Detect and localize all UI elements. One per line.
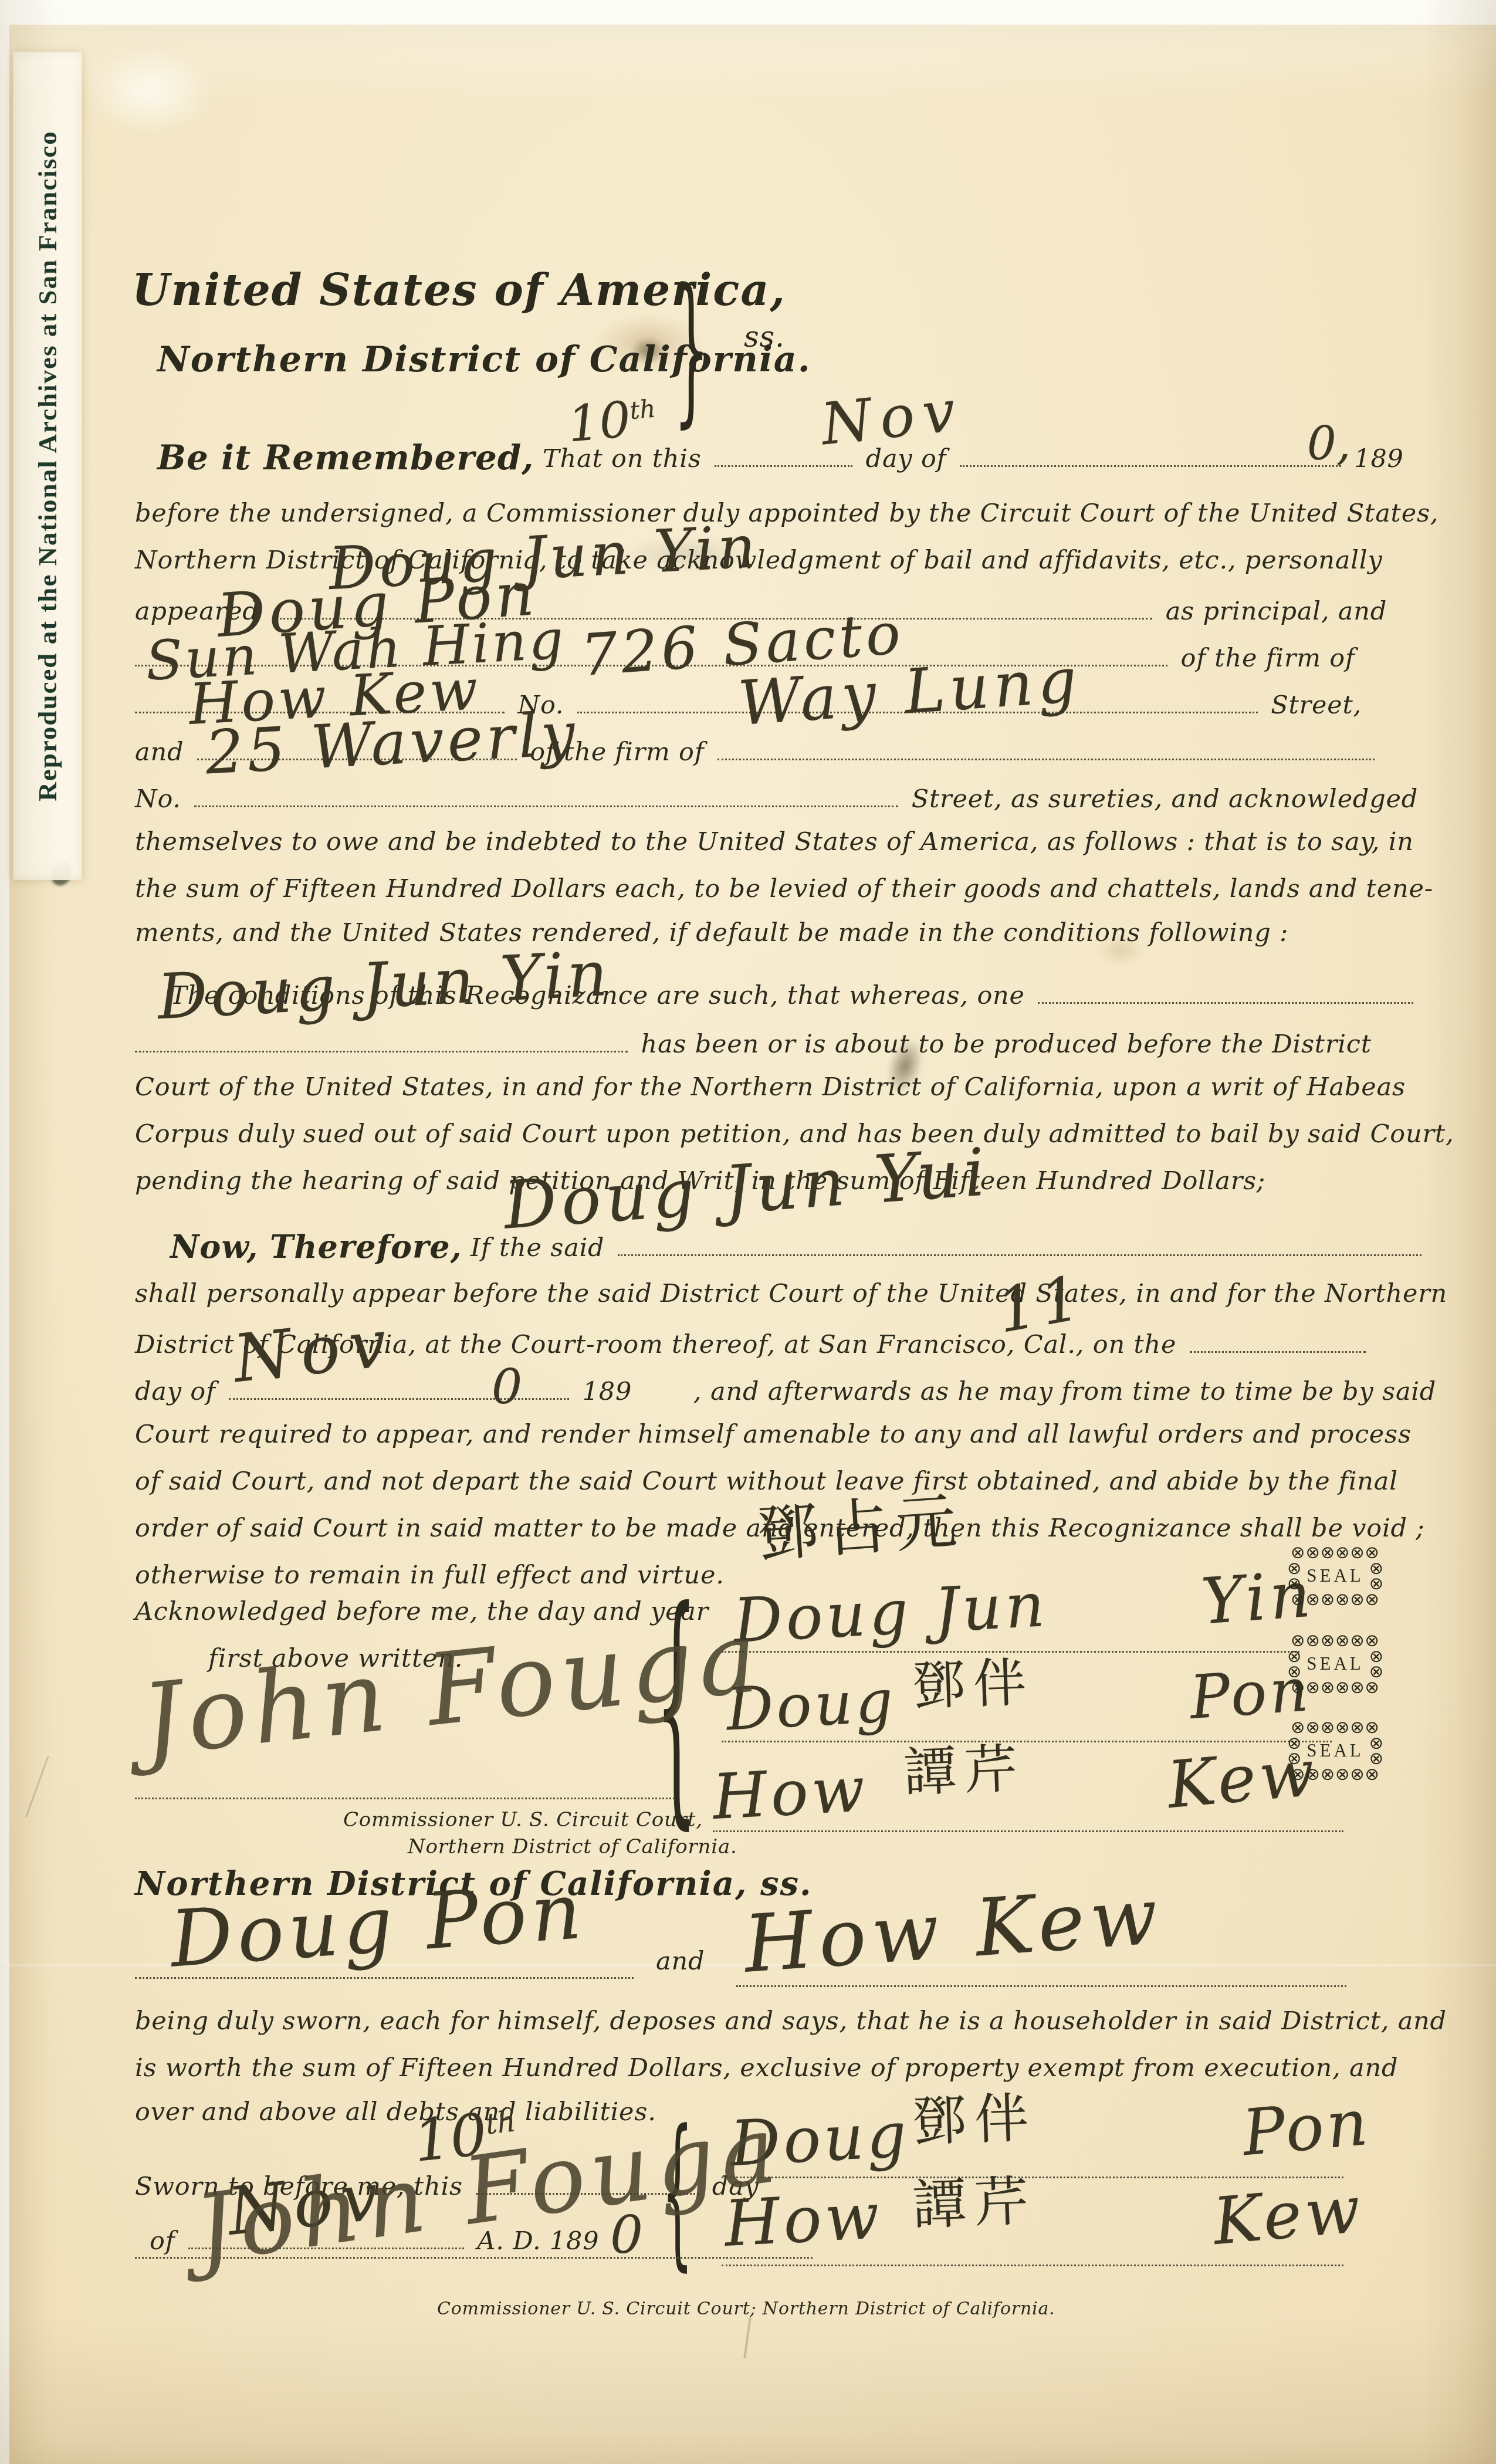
archive-label-tape: Reproduced at the National Archives at S… bbox=[13, 52, 82, 880]
fill-blank bbox=[194, 780, 898, 807]
form-line: themselves to owe and be indebted to the… bbox=[135, 827, 1414, 857]
fill-blank bbox=[645, 1375, 681, 1400]
fill-blank bbox=[960, 440, 1341, 467]
form-line: Corpus duly sued out of said Court upon … bbox=[135, 1119, 1454, 1149]
printed-text: has been or is about to be produced befo… bbox=[641, 1030, 1371, 1059]
fill-blank bbox=[618, 1229, 1421, 1256]
jurat-line2 bbox=[736, 1984, 1346, 1987]
form-line: has been or is about to be produced befo… bbox=[135, 1025, 1372, 1059]
ss-abbrev: ss. bbox=[744, 320, 785, 354]
form-line: Be it Remembered, That on this day of 18… bbox=[157, 435, 1404, 475]
seal-stamp-3: ⊗⊗⊗⊗⊗⊗ ⊗ ⊗ SEAL ⊗ ⊗ ⊗⊗⊗⊗⊗⊗ bbox=[1286, 1719, 1385, 1782]
printed-text: 189 bbox=[583, 1377, 632, 1406]
form-line: is worth the sum of Fifteen Hundred Doll… bbox=[135, 2053, 1398, 2083]
handwritten-court-day: 11 bbox=[992, 1261, 1090, 1347]
seal-stamp-1: ⊗⊗⊗⊗⊗⊗ ⊗ ⊗ SEAL ⊗ ⊗ ⊗⊗⊗⊗⊗⊗ bbox=[1286, 1544, 1385, 1607]
printed-text: 189 bbox=[1354, 444, 1403, 473]
handwritten-year-digit: 0, bbox=[1307, 418, 1351, 471]
seal-border: ⊗⊗⊗⊗⊗⊗ bbox=[1286, 1766, 1385, 1782]
printed-text: Street, bbox=[1271, 691, 1362, 720]
printed-text: as principal, and bbox=[1166, 597, 1387, 626]
seal-border: ⊗ ⊗ bbox=[1287, 1649, 1301, 1679]
form-line: the sum of Fifteen Hundred Dollars each,… bbox=[135, 874, 1433, 903]
archive-label-text: Reproduced at the National Archives at S… bbox=[32, 130, 63, 801]
printed-text: Be it Remembered, bbox=[157, 438, 534, 478]
form-line: Court required to appear, and render him… bbox=[135, 1420, 1412, 1449]
seal-border: ⊗ ⊗ bbox=[1369, 1561, 1383, 1591]
printed-text: Street, as sureties, and acknowledged bbox=[912, 784, 1418, 814]
printed-text: of the firm of bbox=[1180, 644, 1355, 673]
sworn-row2-chinese: 譚芹 bbox=[911, 2158, 1038, 2239]
commissioner-signature-line-2 bbox=[135, 2256, 813, 2259]
printed-text: and bbox=[135, 737, 184, 767]
form-line: ments, and the United States rendered, i… bbox=[135, 918, 1288, 947]
sworn-row1-right: Pon bbox=[1240, 2086, 1373, 2171]
header-district: Northern District of California. bbox=[157, 339, 811, 380]
seal-border: ⊗⊗⊗⊗⊗⊗ bbox=[1286, 1591, 1385, 1607]
form-line: Now, Therefore, If the said bbox=[170, 1226, 1426, 1264]
signature-line bbox=[713, 1829, 1343, 1832]
handwritten-day-suffix: th bbox=[628, 394, 656, 425]
chinese-signature-principal: 鄧占元 bbox=[754, 1471, 967, 1573]
document-scan: Reproduced at the National Archives at S… bbox=[0, 0, 1496, 2464]
printed-text: No. bbox=[135, 784, 181, 814]
jurat-and: and bbox=[656, 1947, 705, 1976]
commissioner-title-bottom: Commissioner U. S. Circuit Court; Northe… bbox=[437, 2299, 1055, 2319]
seal-border: ⊗ ⊗ bbox=[1369, 1649, 1383, 1679]
fill-blank bbox=[717, 733, 1375, 760]
form-line: before the undersigned, a Commissioner d… bbox=[135, 499, 1439, 528]
commissioner-signature-line bbox=[135, 1796, 675, 1799]
fill-blank bbox=[1038, 977, 1413, 1004]
seal-stamp-2: ⊗⊗⊗⊗⊗⊗ ⊗ ⊗ SEAL ⊗ ⊗ ⊗⊗⊗⊗⊗⊗ bbox=[1286, 1632, 1385, 1695]
commissioner-title-line2: Northern District of California. bbox=[408, 1835, 737, 1859]
signature-row3-left: How bbox=[711, 1753, 870, 1833]
sworn-row1-chinese: 鄧伴 bbox=[911, 2074, 1038, 2156]
fill-blank bbox=[1190, 1326, 1366, 1353]
seal-border: ⊗⊗⊗⊗⊗⊗ bbox=[1286, 1679, 1385, 1695]
seal-border: ⊗ ⊗ bbox=[1369, 1735, 1383, 1766]
sworn-signature-line-2 bbox=[722, 2263, 1343, 2266]
seal-border: ⊗ ⊗ bbox=[1287, 1561, 1301, 1591]
handwritten-day-number: 10 bbox=[566, 390, 633, 453]
printed-text: Now, Therefore, bbox=[170, 1228, 462, 1265]
sworn-row2-right: Kew bbox=[1210, 2171, 1367, 2259]
signature-row3-chinese: 譚芹 bbox=[902, 1725, 1027, 1806]
seal-border: ⊗ ⊗ bbox=[1287, 1735, 1301, 1766]
printed-text: of bbox=[150, 2226, 175, 2256]
jurat-line1 bbox=[135, 1976, 634, 1979]
seal-label: SEAL bbox=[1307, 1653, 1364, 1674]
commissioner-title-line1: Commissioner U. S. Circuit Court, bbox=[343, 1808, 703, 1832]
form-line: shall personally appear before the said … bbox=[135, 1279, 1447, 1308]
seal-label: SEAL bbox=[1307, 1565, 1364, 1586]
handwritten-day: 10th bbox=[566, 388, 659, 453]
form-line: No. Street, as sureties, and acknowledge… bbox=[135, 780, 1418, 814]
form-line: otherwise to remain in full effect and v… bbox=[135, 1561, 725, 1590]
printed-text: , and afterwards as he may from time to … bbox=[693, 1377, 1436, 1406]
seal-label: SEAL bbox=[1307, 1740, 1364, 1761]
form-line: Court of the United States, in and for t… bbox=[135, 1072, 1406, 1102]
printed-text: day of bbox=[135, 1377, 216, 1406]
signature-row2-chinese: 鄧伴 bbox=[911, 1639, 1035, 1720]
header-brace: } bbox=[673, 256, 709, 444]
form-line: being duly sworn, each for himself, depo… bbox=[135, 2006, 1447, 2036]
handwritten-court-year-digit: 0 bbox=[492, 1360, 522, 1416]
